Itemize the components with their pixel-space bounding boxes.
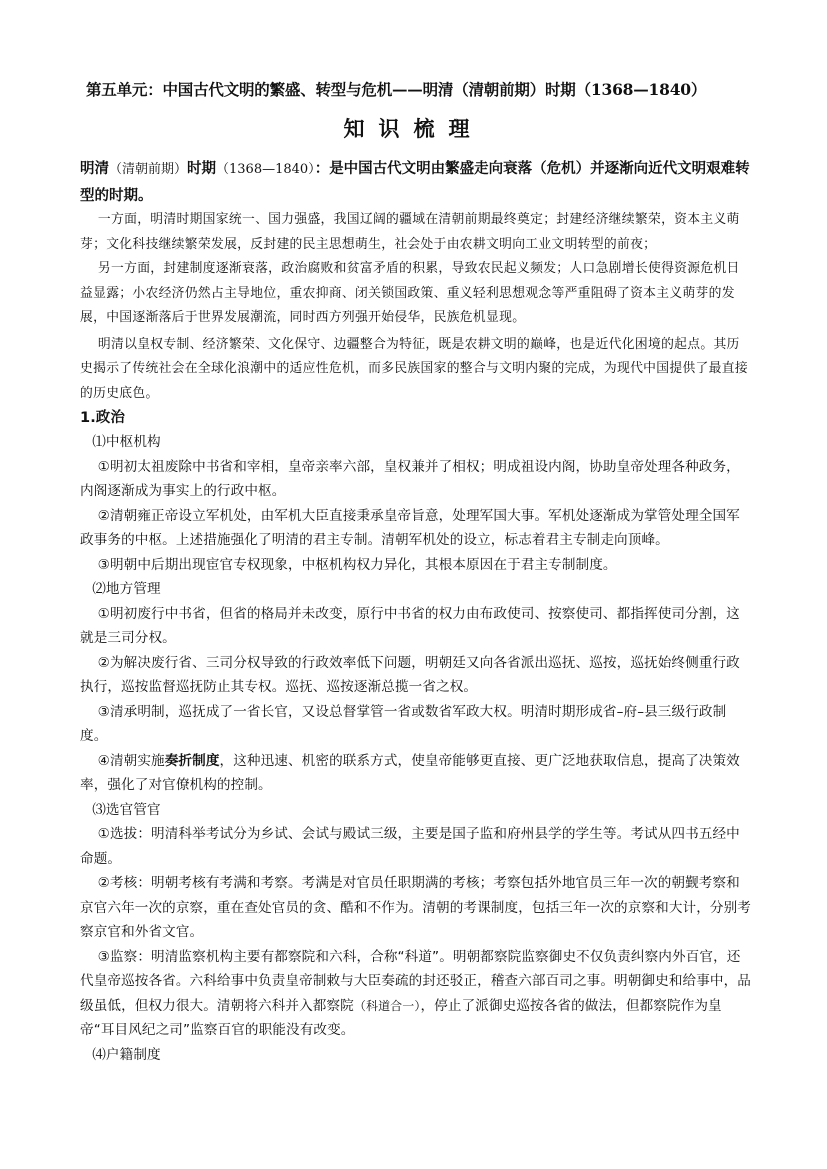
list-item: ①明初废行中书省，但省的格局并未改变，原行中书省的权力由布政使司、按察使司、都指… <box>80 602 752 651</box>
summary-dates: （1368—1840） <box>216 162 315 177</box>
list-item: ③明朝中后期出现宦官专权现象，中枢机构权力异化，其根本原因在于君主专制制度。 <box>80 553 752 578</box>
summary-colon: ： <box>315 161 330 177</box>
item-text: ④清朝实施 <box>98 753 165 769</box>
section-title: 知识梳理 <box>0 113 827 143</box>
summary-term: 明清 <box>80 161 109 177</box>
period-summary: 明清（清朝前期）时期（1368—1840）：是中国古代文明由繁盛走向衰落（危机）… <box>80 156 752 209</box>
summary-term: 时期 <box>187 161 216 177</box>
list-item: ②为解决废行省、三司分权导致的行政效率低下问题，明朝廷又向各省派出巡抚、巡按，巡… <box>80 651 752 700</box>
politics-section: 1.政治 ⑴中枢机构 ①明初太祖废除中书省和宰相，皇帝亲率六部，皇权兼并了相权；… <box>80 406 752 1067</box>
emphasis-term: 奏折制度 <box>165 753 220 769</box>
subsection-title: ⑴中枢机构 <box>80 430 752 455</box>
list-item: ①选拔：明清科举考试分为乡试、会试与殿试三级，主要是国子监和府州县学的学生等。考… <box>80 822 752 871</box>
intro-paragraph: 明清以皇权专制、经济繁荣、文化保守、边疆整合为特征，既是农耕文明的巅峰，也是近代… <box>80 333 752 407</box>
subsection-title: ⑶选官管官 <box>80 798 752 823</box>
intro-paragraph: 另一方面，封建制度逐渐衰落，政治腐败和贫富矛盾的积累，导致农民起义频发；人口急剧… <box>80 257 752 331</box>
list-item: ③清承明制，巡抚成了一省长官，又设总督掌管一省或数省军政大权。明清时期形成省–府… <box>80 700 752 749</box>
unit-title: 第五单元：中国古代文明的繁盛、转型与危机——明清（清朝前期）时期（1368—18… <box>86 78 766 100</box>
intro-paragraph: 一方面，明清时期国家统一、国力强盛，我国辽阔的疆域在清朝前期最终奠定；封建经济继… <box>80 208 752 257</box>
list-item: ④清朝实施奏折制度，这种迅速、机密的联系方式，使皇帝能够更直接、更广泛地获取信息… <box>80 749 752 798</box>
list-item: ②清朝雍正帝设立军机处，由军机大臣直接秉承皇帝旨意，处理军国大事。军机处逐渐成为… <box>80 504 752 553</box>
annotation: （科道合一） <box>354 999 421 1013</box>
subsection-title: ⑷户籍制度 <box>80 1043 752 1068</box>
politics-heading: 1.政治 <box>80 406 752 430</box>
intro-paragraphs: 一方面，明清时期国家统一、国力强盛，我国辽阔的疆域在清朝前期最终奠定；封建经济继… <box>80 208 752 406</box>
list-item: ②考核：明朝考核有考满和考察。考满是对官员任职期满的考核；考察包括外地官员三年一… <box>80 871 752 945</box>
list-item: ①明初太祖废除中书省和宰相，皇帝亲率六部，皇权兼并了相权；明成祖设内阁，协助皇帝… <box>80 455 752 504</box>
summary-paren: （清朝前期） <box>109 162 187 177</box>
subsection-title: ⑵地方管理 <box>80 577 752 602</box>
list-item: ③监察：明清监察机构主要有都察院和六科，合称“科道”。明朝都察院监察御史不仅负责… <box>80 945 752 1043</box>
